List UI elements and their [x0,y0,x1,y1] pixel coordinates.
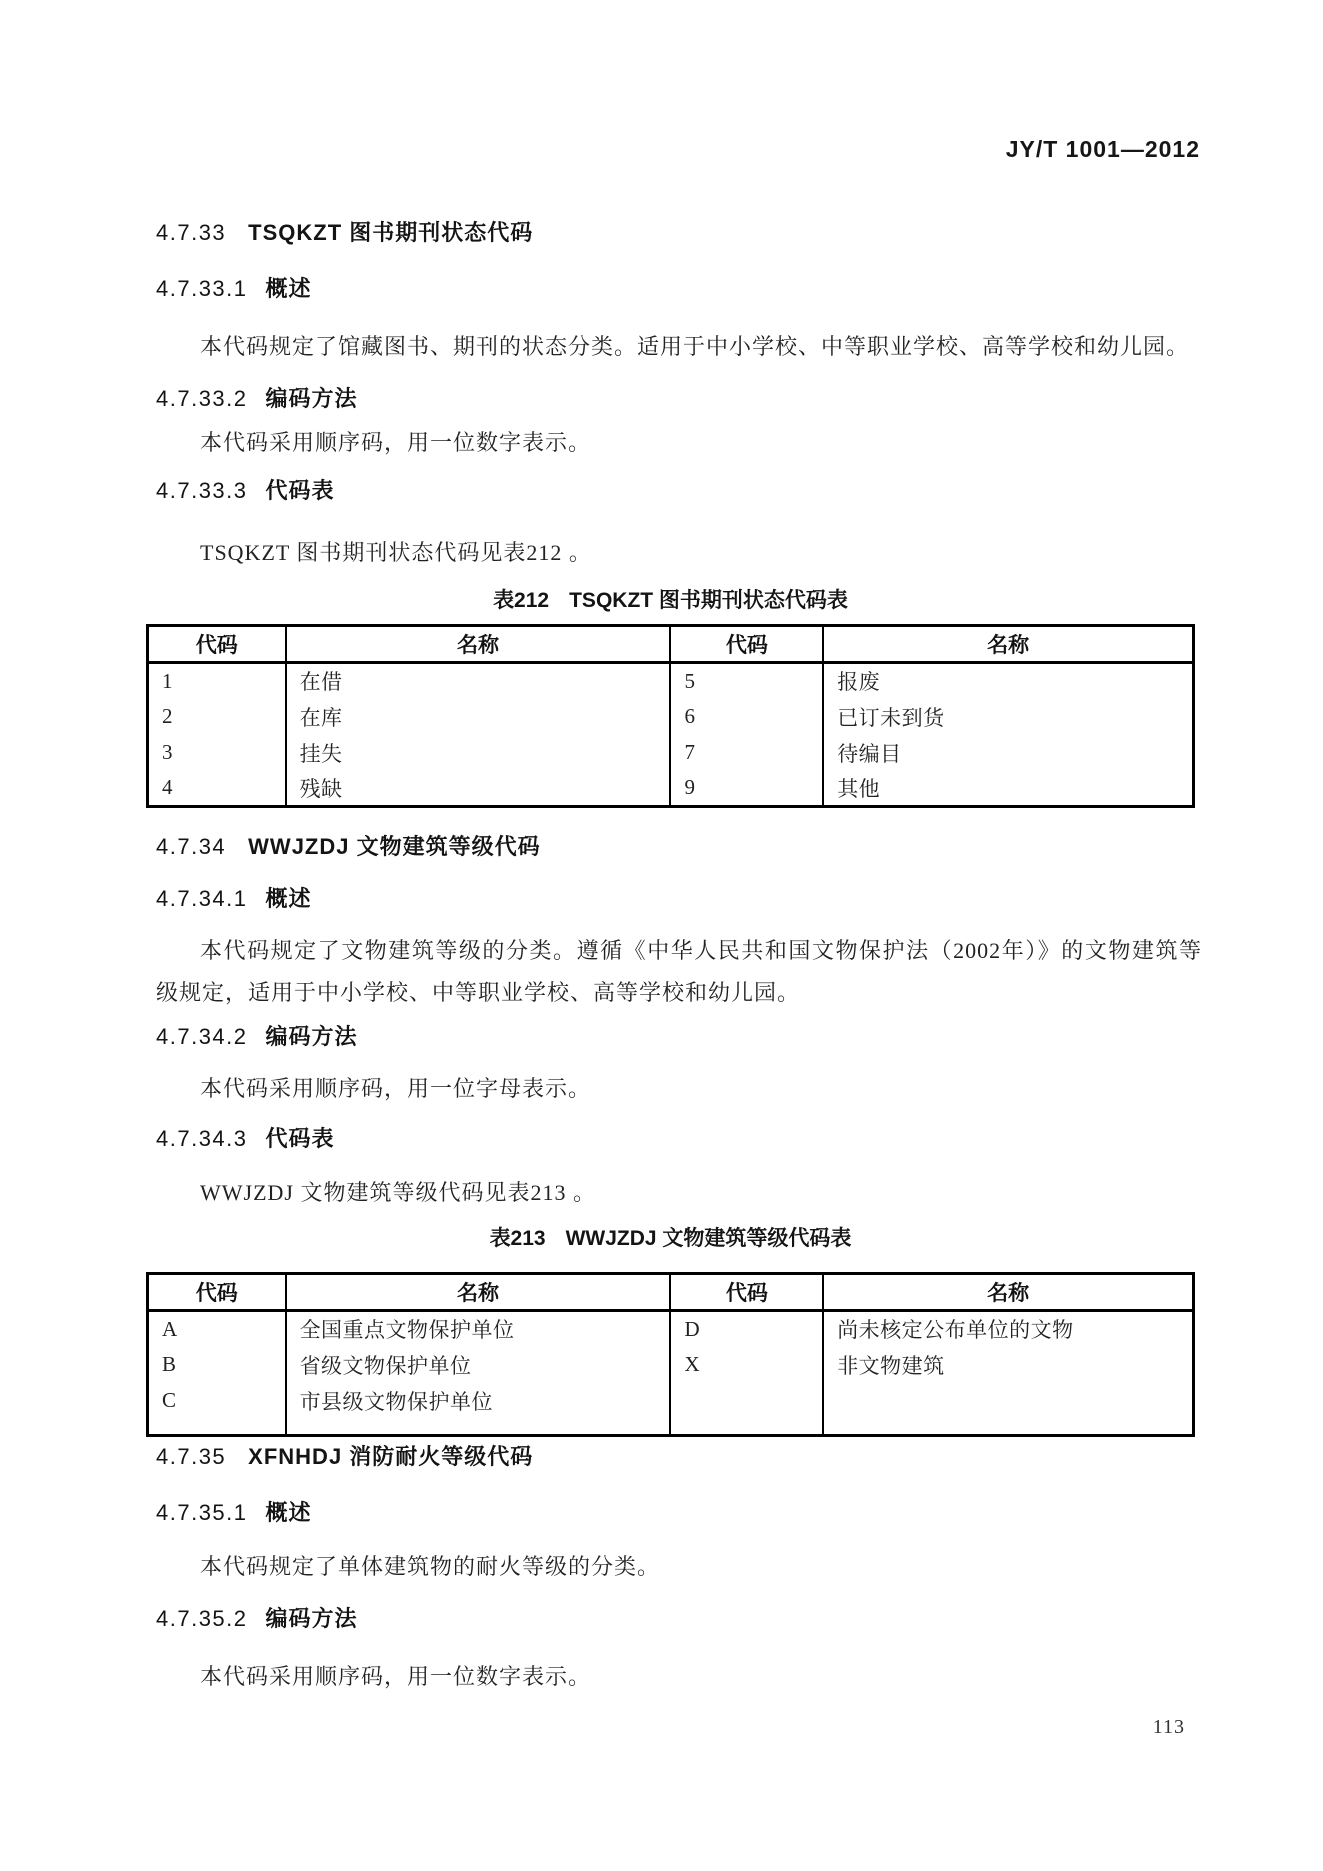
column-header-name: 名称 [823,1274,1193,1311]
column-header-code: 代码 [670,1274,823,1311]
name-cell: 市县级文物保护单位 [286,1383,671,1419]
code-cell: D [670,1311,823,1347]
code-cell: C [148,1383,286,1419]
paragraph-33-method: 本代码采用顺序码，用一位数字表示。 [156,422,1202,464]
section-number: 4.7.34.3 [156,1126,248,1151]
code-cell: 6 [670,699,823,735]
section-number: 4.7.33.3 [156,478,248,503]
section-4-7-34-3-heading: 4.7.34.3代码表 [156,1122,1202,1153]
spacer-cell [823,1419,1193,1436]
name-cell: 尚未核定公布单位的文物 [823,1311,1193,1347]
paragraph-35-method: 本代码采用顺序码，用一位数字表示。 [156,1656,1202,1698]
section-4-7-34-2-heading: 4.7.34.2编码方法 [156,1020,1202,1051]
section-title: 编码方法 [266,386,358,411]
code-cell: A [148,1311,286,1347]
column-header-code: 代码 [670,626,823,663]
section-title: 编码方法 [266,1024,358,1049]
section-number: 4.7.33 [156,220,226,245]
section-number: 4.7.35 [156,1444,226,1469]
table-header-row: 代码 名称 代码 名称 [148,1274,1194,1311]
section-4-7-35-heading: 4.7.35XFNHDJ 消防耐火等级代码 [156,1440,1202,1471]
name-cell: 省级文物保护单位 [286,1347,671,1383]
section-4-7-35-2-heading: 4.7.35.2编码方法 [156,1602,1202,1633]
table-caption-number: 表212 [493,589,549,612]
section-title: 概述 [266,886,312,911]
table-row: 2 在库 6 已订未到货 [148,699,1194,735]
table-caption-text: WWJZDJ 文物建筑等级代码表 [566,1227,852,1250]
column-header-name: 名称 [286,1274,671,1311]
spacer-cell [670,1419,823,1436]
section-4-7-33-3-heading: 4.7.33.3代码表 [156,474,1202,505]
table-spacer-row [148,1419,1194,1436]
section-4-7-33-2-heading: 4.7.33.2编码方法 [156,382,1202,413]
doc-code-header: JY/T 1001—2012 [1006,136,1200,163]
name-cell: 残缺 [286,771,671,807]
document-page: JY/T 1001—2012 4.7.33TSQKZT 图书期刊状态代码 4.7… [0,0,1323,1871]
spacer-cell [286,1419,671,1436]
paragraph-35-overview: 本代码规定了单体建筑物的耐火等级的分类。 [156,1546,1202,1588]
code-cell: 9 [670,771,823,807]
section-title: 概述 [266,276,312,301]
section-title: 编码方法 [266,1606,358,1631]
name-cell: 挂失 [286,735,671,771]
name-cell: 待编目 [823,735,1193,771]
section-4-7-35-1-heading: 4.7.35.1概述 [156,1496,1202,1527]
paragraph-34-method: 本代码采用顺序码，用一位字母表示。 [156,1068,1202,1110]
name-cell [823,1383,1193,1419]
section-number: 4.7.34.1 [156,886,248,911]
name-cell: 全国重点文物保护单位 [286,1311,671,1347]
section-title: 概述 [266,1500,312,1525]
code-cell: 7 [670,735,823,771]
section-number: 4.7.33.1 [156,276,248,301]
paragraph-33-table-ref: TSQKZT 图书期刊状态代码见表212 。 [156,532,1202,574]
name-cell: 在库 [286,699,671,735]
table-row: 3 挂失 7 待编目 [148,735,1194,771]
table-row: C 市县级文物保护单位 [148,1383,1194,1419]
section-number: 4.7.34.2 [156,1024,248,1049]
table-212: 代码 名称 代码 名称 1 在借 5 报废 2 在库 6 已订未到货 3 挂失 [146,624,1195,808]
code-cell: 1 [148,663,286,699]
table-caption-text: TSQKZT 图书期刊状态代码表 [569,589,848,612]
section-number: 4.7.35.2 [156,1606,248,1631]
column-header-name: 名称 [286,626,671,663]
section-title: WWJZDJ 文物建筑等级代码 [248,834,540,859]
name-cell: 在借 [286,663,671,699]
table-row: A 全国重点文物保护单位 D 尚未核定公布单位的文物 [148,1311,1194,1347]
code-cell: B [148,1347,286,1383]
section-title: 代码表 [266,478,335,503]
section-number: 4.7.33.2 [156,386,248,411]
section-4-7-33-1-heading: 4.7.33.1概述 [156,272,1202,303]
column-header-code: 代码 [148,626,286,663]
section-4-7-34-1-heading: 4.7.34.1概述 [156,882,1202,913]
code-cell: 3 [148,735,286,771]
table-row: 1 在借 5 报废 [148,663,1194,699]
section-number: 4.7.34 [156,834,226,859]
column-header-code: 代码 [148,1274,286,1311]
name-cell: 非文物建筑 [823,1347,1193,1383]
code-cell: 4 [148,771,286,807]
name-cell: 已订未到货 [823,699,1193,735]
section-title: XFNHDJ 消防耐火等级代码 [248,1444,533,1469]
page-number: 113 [1153,1716,1185,1739]
table-213-caption: 表213WWJZDJ 文物建筑等级代码表 [146,1222,1195,1252]
code-cell: X [670,1347,823,1383]
table-row: B 省级文物保护单位 X 非文物建筑 [148,1347,1194,1383]
paragraph-34-table-ref: WWJZDJ 文物建筑等级代码见表213 。 [156,1172,1202,1214]
section-title: TSQKZT 图书期刊状态代码 [248,220,533,245]
table-caption-number: 表213 [490,1227,546,1250]
section-4-7-34-heading: 4.7.34WWJZDJ 文物建筑等级代码 [156,830,1202,861]
name-cell: 其他 [823,771,1193,807]
code-cell: 5 [670,663,823,699]
paragraph-34-overview: 本代码规定了文物建筑等级的分类。遵循《中华人民共和国文物保护法（2002年）》的… [156,930,1202,1014]
name-cell: 报废 [823,663,1193,699]
column-header-name: 名称 [823,626,1193,663]
section-title: 代码表 [266,1126,335,1151]
table-212-caption: 表212TSQKZT 图书期刊状态代码表 [146,584,1195,614]
spacer-cell [148,1419,286,1436]
code-cell [670,1383,823,1419]
table-header-row: 代码 名称 代码 名称 [148,626,1194,663]
code-cell: 2 [148,699,286,735]
table-row: 4 残缺 9 其他 [148,771,1194,807]
table-213: 代码 名称 代码 名称 A 全国重点文物保护单位 D 尚未核定公布单位的文物 B… [146,1272,1195,1437]
paragraph-33-overview: 本代码规定了馆藏图书、期刊的状态分类。适用于中小学校、中等职业学校、高等学校和幼… [156,326,1202,368]
section-number: 4.7.35.1 [156,1500,248,1525]
section-4-7-33-heading: 4.7.33TSQKZT 图书期刊状态代码 [156,216,1202,247]
